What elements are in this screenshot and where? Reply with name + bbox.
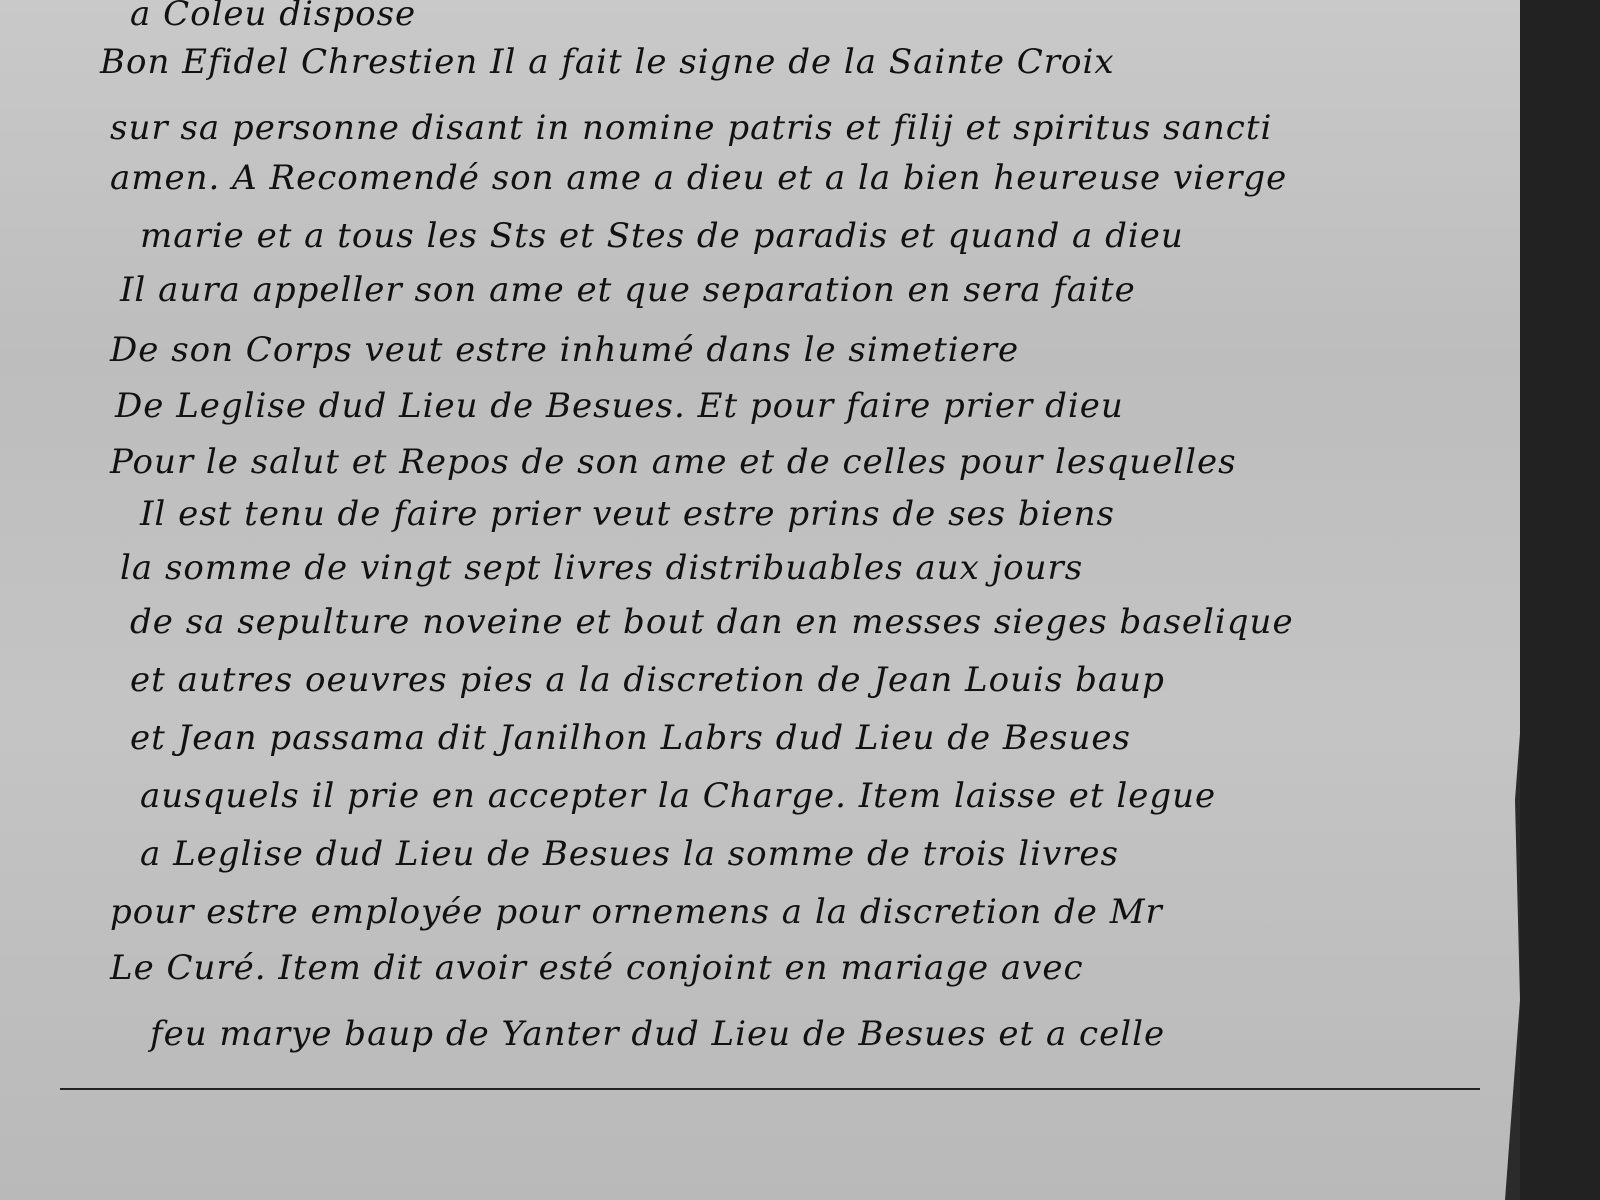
text-line: a Leglise dud Lieu de Besues la somme de… — [140, 834, 1119, 874]
text-line: sur sa personne disant in nomine patris … — [110, 108, 1272, 148]
text-line: De son Corps veut estre inhumé dans le s… — [110, 330, 1019, 370]
text-line: feu marye baup de Yanter dud Lieu de Bes… — [150, 1014, 1165, 1054]
text-line: et autres oeuvres pies a la discretion d… — [130, 660, 1165, 700]
text-line: Le Curé. Item dit avoir esté conjoint en… — [110, 948, 1084, 988]
text-line: Il est tenu de faire prier veut estre pr… — [140, 494, 1115, 534]
text-line: marie et a tous les Sts et Stes de parad… — [140, 216, 1184, 256]
text-line: pour estre employée pour ornemens a la d… — [110, 892, 1163, 932]
background-edge — [1520, 0, 1600, 1200]
text-line: a Coleu dispose — [130, 0, 416, 34]
text-line: la somme de vingt sept livres distribuab… — [120, 548, 1083, 588]
text-line: Bon Efidel Chrestien Il a fait le signe … — [100, 42, 1115, 82]
text-line: Pour le salut et Repos de son ame et de … — [110, 442, 1237, 482]
manuscript-page: a Coleu dispose Bon Efidel Chrestien Il … — [0, 0, 1530, 1200]
divider-line — [60, 1088, 1480, 1090]
text-line: amen. A Recomendé son ame a dieu et a la… — [110, 158, 1287, 198]
text-line: et Jean passama dit Janilhon Labrs dud L… — [130, 718, 1131, 758]
text-line: Il aura appeller son ame et que separati… — [120, 270, 1136, 310]
text-line: De Leglise dud Lieu de Besues. Et pour f… — [115, 386, 1124, 426]
text-line: de sa sepulture noveine et bout dan en m… — [130, 602, 1294, 642]
text-line: ausquels il prie en accepter la Charge. … — [140, 776, 1216, 816]
